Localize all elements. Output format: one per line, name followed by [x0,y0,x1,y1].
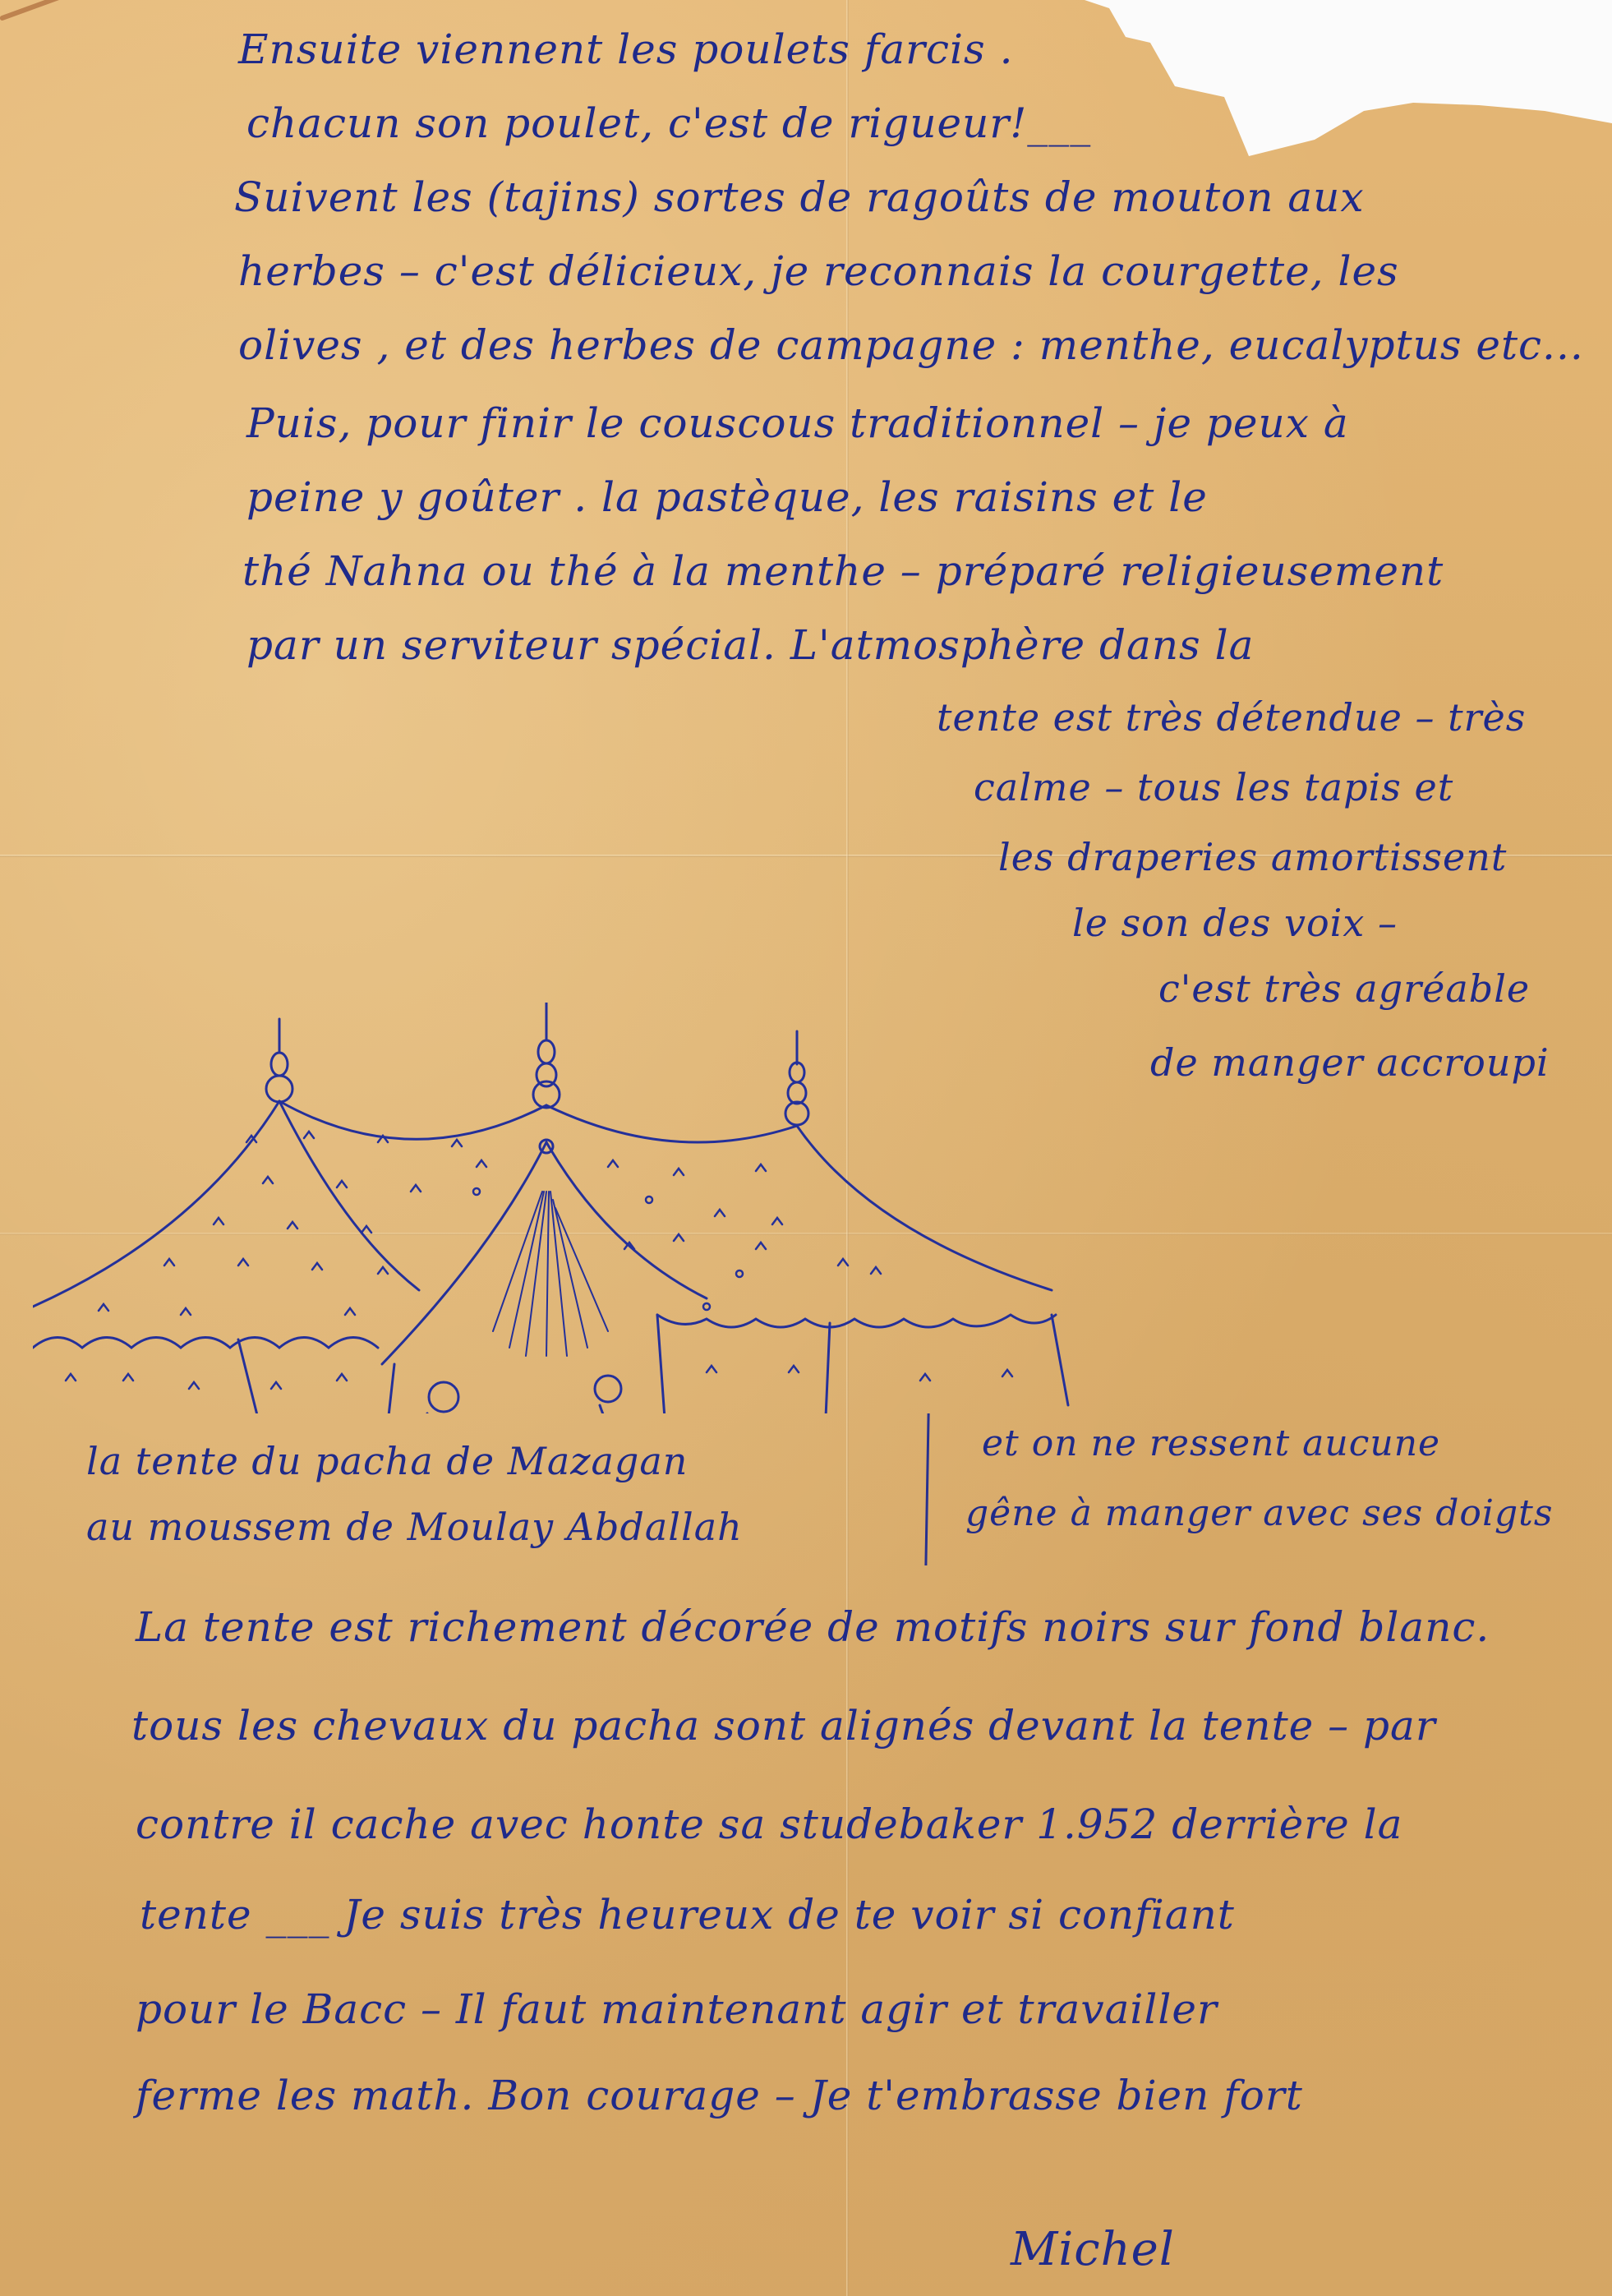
letter-line: chacun son poulet, c'est de rigueur!___ [246,103,1091,144]
sketch-caption: au moussem de Moulay Abdallah [86,1508,743,1546]
sketch-caption: la tente du pacha de Mazagan [86,1442,688,1480]
letter-line-right: calme – tous les tapis et [974,768,1453,806]
signature: Michel [1011,2227,1175,2273]
tent-sketch [33,1003,1101,1413]
letter-line-right: les draperies amortissent [998,838,1507,876]
letter-line: tous les chevaux du pacha sont alignés d… [131,1705,1436,1746]
letter-line: La tente est richement décorée de motifs… [136,1607,1490,1648]
seated-figure-icon [427,1376,624,1413]
letter-line: Ensuite viennent les poulets farcis . [238,29,1013,70]
letter-line-right: tente est très détendue – très [937,698,1526,736]
letter-line: thé Nahna ou thé à la menthe – préparé r… [242,551,1444,592]
letter-line: tente ___ Je suis très heureux de te voi… [140,1894,1235,1935]
letter-line-right: gêne à manger avec ses doigts [965,1496,1553,1532]
letter-line: contre il cache avec honte sa studebaker… [136,1804,1402,1845]
letter-line: herbes – c'est délicieux, je reconnais l… [238,251,1399,292]
letter-line-right: de manger accroupi [1150,1044,1550,1081]
letter-line-right: et on ne ressent aucune [982,1426,1440,1462]
letter-line: olives , et des herbes de campagne : men… [238,325,1584,366]
letter-line: par un serviteur spécial. L'atmosphère d… [246,625,1254,666]
letter-line: peine y goûter . la pastèque, les raisin… [246,477,1208,518]
tent-finial-icon [266,1003,808,1125]
letter-line: ferme les math. Bon courage – Je t'embra… [136,2075,1303,2116]
letter-line: Suivent les (tajins) sortes de ragoûts d… [234,177,1365,218]
letter-line: pour le Bacc – Il faut maintenant agir e… [136,1989,1218,2030]
letter-line: Puis, pour finir le couscous traditionne… [246,403,1349,444]
letter-line-right: c'est très agréable [1158,970,1530,1007]
letter-line-right: le son des voix – [1072,904,1398,942]
